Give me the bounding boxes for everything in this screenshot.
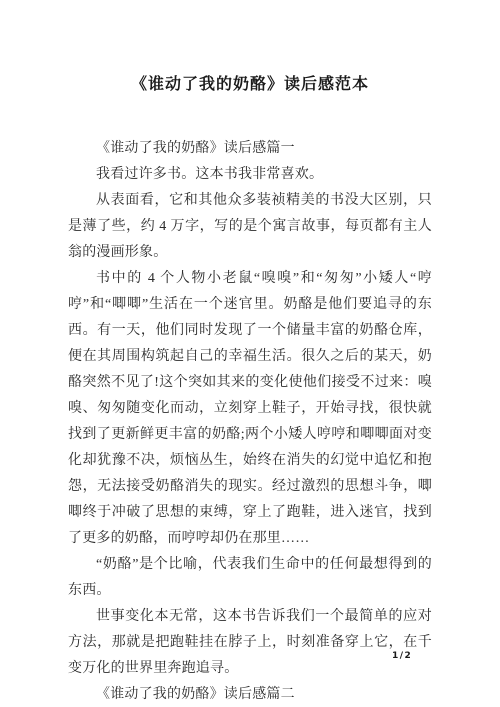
paragraph-section-heading-1: 《谁动了我的奶酪》读后感篇一 (68, 136, 432, 162)
page-number: 1/2 (392, 651, 412, 661)
paragraph: 书中的 4 个人物小老鼠“嗅嗅”和“匆匆”小矮人“哼哼”和“唧唧”生活在一个迷官… (68, 266, 432, 552)
document-page: 《谁动了我的奶酪》读后感范本 《谁动了我的奶酪》读后感篇一 我看过许多书。这本书… (0, 0, 500, 707)
paragraph: 从表面看，它和其他众多装祯精美的书没大区别，只是薄了些，约 4 万字，写的是个寓… (68, 188, 432, 266)
paragraph-section-heading-2: 《谁动了我的奶酪》读后感篇二 (68, 682, 432, 707)
paragraph: 我看过许多书。这本书我非常喜欢。 (68, 162, 432, 188)
paragraph: 世事变化本无常，这本书告诉我们一个最简单的应对方法，那就是把跑鞋挂在脖子上，时刻… (68, 604, 432, 682)
document-title: 《谁动了我的奶酪》读后感范本 (0, 71, 500, 94)
document-body: 《谁动了我的奶酪》读后感篇一 我看过许多书。这本书我非常喜欢。 从表面看，它和其… (68, 136, 432, 707)
paragraph: “奶酪”是个比喻，代表我们生命中的任何最想得到的东西。 (68, 552, 432, 604)
